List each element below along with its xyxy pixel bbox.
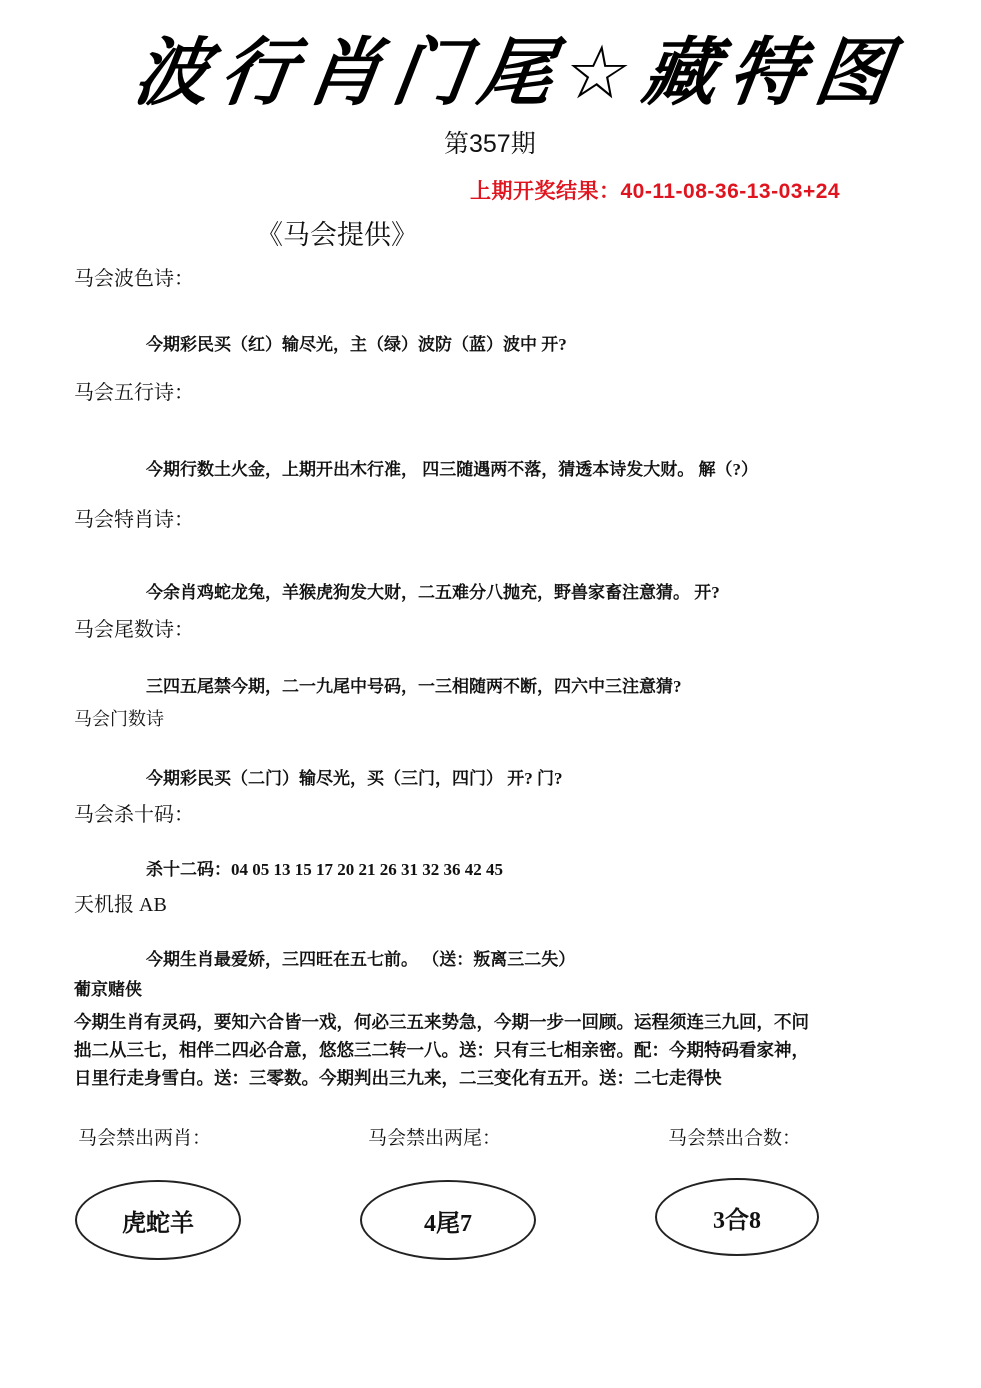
ban-zodiac-label: 马会禁出两肖：: [78, 1123, 211, 1150]
section-label-tianji: 天机报 AB: [74, 888, 167, 917]
pujing-line: 今期生肖有灵码，要知六合皆一戏，何必三五来势急，今期一步一回顾。运程须连三九回，…: [74, 1008, 924, 1036]
ban-zodiac-value: 虎蛇羊: [122, 1203, 194, 1238]
ban-sum-value: 3合8: [713, 1200, 761, 1235]
poem-special-zodiac: 今余肖鸡蛇龙兔，羊猴虎狗发大财，二五难分八抛充，野兽家畜注意猜。 开?: [146, 578, 720, 603]
section-label-wave-color: 马会波色诗：: [74, 262, 194, 291]
section-label-tail-number: 马会尾数诗：: [74, 613, 194, 642]
section-label-special-zodiac: 马会特肖诗：: [74, 503, 194, 532]
ban-tail-oval: 4尾7: [360, 1180, 536, 1260]
pujing-paragraph: 今期生肖有灵码，要知六合皆一戏，何必三五来势急，今期一步一回顾。运程须连三九回，…: [74, 1008, 924, 1092]
poem-door-number: 今期彩民买（二门）输尽光，买（三门，四门） 开? 门?: [146, 764, 563, 789]
poem-five-elements: 今期行数土火金，上期开出木行准， 四三随遇两不落，猜透本诗发大财。 解（?）: [146, 455, 758, 480]
section-label-five-elements: 马会五行诗：: [74, 376, 194, 405]
section-label-kill-ten: 马会杀十码：: [74, 798, 194, 827]
poem-tianji: 今期生肖最爱娇，三四旺在五七前。 （送：叛离三二失）: [146, 945, 575, 970]
page-title: 波行肖门尾☆藏特图: [129, 28, 908, 118]
ban-tail-label: 马会禁出两尾：: [368, 1123, 501, 1150]
pujing-line: 日里行走身雪白。送：三零数。今期判出三九来，二三变化有五开。送：二七走得快: [74, 1064, 924, 1092]
last-result-numbers: 40-11-08-36-13-03+24: [621, 180, 841, 203]
provider-heading: 《马会提供》: [256, 213, 418, 252]
ban-sum-oval: 3合8: [655, 1178, 819, 1256]
pujing-line: 拙二从三七，相伴二四必合意，悠悠三二转一八。送：只有三七相亲密。配：今期特码看家…: [74, 1036, 924, 1064]
ban-zodiac-oval: 虎蛇羊: [75, 1180, 241, 1260]
poem-wave-color: 今期彩民买（红）输尽光，主（绿）波防（蓝）波中 开?: [146, 330, 567, 355]
section-label-pujing: 葡京赌侠: [74, 975, 142, 1000]
ban-tail-value: 4尾7: [424, 1203, 472, 1238]
last-result-label: 上期开奖结果：: [470, 180, 621, 203]
kill-twelve-numbers: 杀十二码：04 05 13 15 17 20 21 26 31 32 36 42…: [146, 855, 503, 880]
poem-tail-number: 三四五尾禁今期，二一九尾中号码，一三相随两不断，四六中三注意猜?: [146, 672, 682, 697]
section-label-door-number: 马会门数诗: [74, 705, 164, 731]
issue-number: 第357期: [444, 124, 536, 160]
ban-sum-label: 马会禁出合数：: [668, 1123, 801, 1150]
last-result: 上期开奖结果：40-11-08-36-13-03+24: [470, 175, 840, 205]
